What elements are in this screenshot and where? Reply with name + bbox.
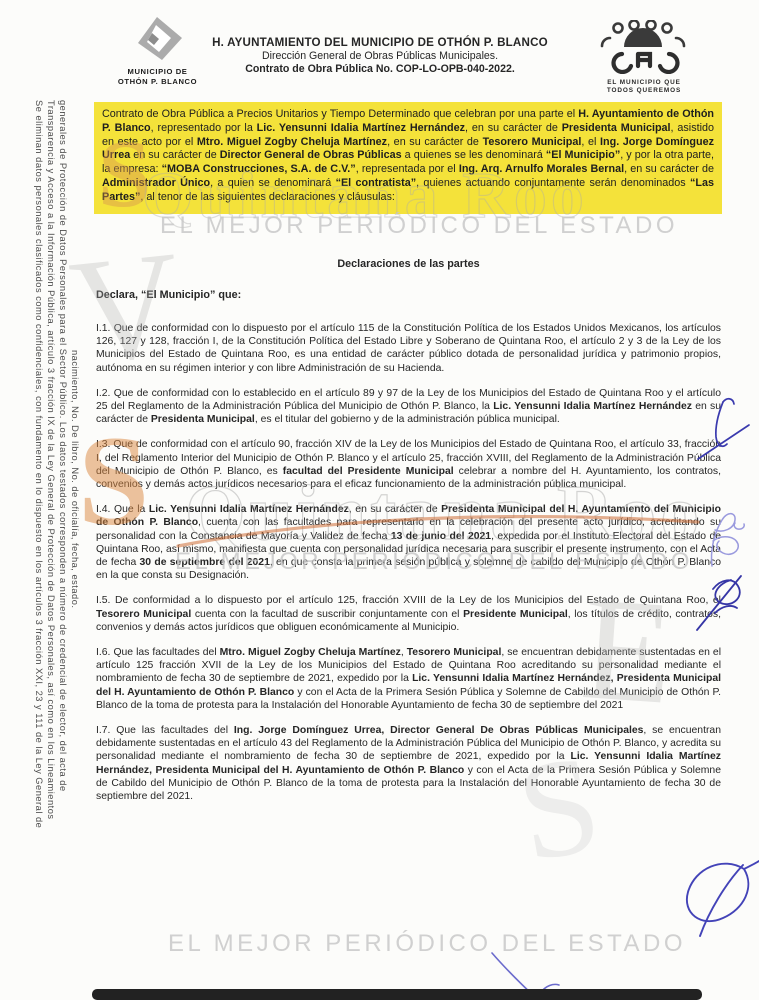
text-segment: , en su carácter de	[465, 122, 562, 134]
declaration-clause: I.5. De conformidad a lo dispuesto por e…	[96, 594, 721, 634]
bold-text-segment: Lic. Yensunni Idalia Martínez Hernández	[493, 401, 692, 412]
bold-text-segment: Ing. Arq. Arnulfo Morales Bernal	[459, 163, 624, 175]
text-segment: , a quien se denominará	[210, 177, 335, 189]
bold-text-segment: 13 de junio del 2021	[391, 531, 491, 542]
text-segment: I.7. Que las facultades del	[96, 725, 234, 736]
text-segment: I.6. Que las facultades del	[96, 647, 220, 658]
text-segment: Contrato de Obra Pública a Precios Unita…	[102, 108, 578, 120]
text-segment: I.1. Que de conformidad con lo dispuesto…	[96, 323, 721, 374]
declaration-clause: I.1. Que de conformidad con lo dispuesto…	[96, 322, 721, 375]
municipality-logo: MUNICIPIO DE OTHÓN P. BLANCO	[100, 16, 215, 86]
declaration-clause: I.7. Que las facultades del Ing. Jorge D…	[96, 724, 721, 803]
text-segment: a quienes se les denominará	[402, 149, 546, 161]
bold-text-segment: Lic. Yensunni Idalia Martínez Hernández	[257, 122, 465, 134]
declaration-clause: I.6. Que las facultades del Mtro. Miguel…	[96, 646, 721, 712]
text-segment: , el	[581, 136, 600, 148]
margin-signature	[687, 861, 759, 936]
bold-text-segment: Administrador Único	[102, 177, 210, 189]
text-segment: , representado por la	[151, 122, 257, 134]
section-heading: Declaraciones de las partes	[96, 258, 721, 270]
text-segment: , representada por el	[356, 163, 459, 175]
text-segment: en su carácter de	[130, 149, 220, 161]
text-segment: I.5. De conformidad a lo dispuesto por e…	[96, 595, 721, 606]
bold-text-segment: Tesorero Municipal	[96, 609, 191, 620]
municipality-crest-icon	[126, 16, 190, 62]
declaration-clauses: I.1. Que de conformidad con lo dispuesto…	[96, 322, 721, 803]
municipality-logo-line1: MUNICIPIO DE	[100, 67, 215, 77]
text-segment: cuenta con la facultad de suscribir conj…	[191, 609, 463, 620]
text-segment: , al tenor de las siguientes declaracion…	[140, 191, 394, 203]
bold-text-segment: Ing. Jorge Domínguez Urrea, Director Gen…	[234, 725, 644, 736]
bold-text-segment: “El Municipio”	[546, 149, 620, 161]
bold-text-segment: “MOBA Construcciones, S.A. de C.V.”	[162, 163, 356, 175]
header-contract-number: Contrato de Obra Pública No. COP-LO-OPB-…	[206, 63, 554, 75]
text-segment: I.4. Que la	[96, 504, 149, 515]
scan-edge-artifact	[92, 989, 702, 1000]
declaration-clause: I.2. Que de conformidad con lo estableci…	[96, 387, 721, 427]
newspaper-watermark-tagline: EL MEJOR PERIÓDICO DEL ESTADO	[168, 930, 686, 958]
newspaper-watermark-tagline: EL MEJOR PERIÓDICO DEL ESTADO	[160, 212, 678, 240]
declaration-clause: I.4. Que la Lic. Yensunni Idalia Martíne…	[96, 503, 721, 582]
bold-text-segment: Tesorero Municipal	[407, 647, 502, 658]
bold-text-segment: Mtro. Miguel Zogby Cheluja Martínez	[197, 136, 387, 148]
declaration-clause: I.3. Que de conformidad con el artículo …	[96, 438, 721, 491]
header-department: Dirección General de Obras Públicas Muni…	[206, 50, 554, 62]
text-segment: , quienes actuando conjuntamente serán d…	[416, 177, 690, 189]
bold-text-segment: Mtro. Miguel Zogby Cheluja Martínez	[220, 647, 401, 658]
text-segment: , en su carácter de	[624, 163, 714, 175]
brand-tagline-line1: EL MUNICIPIO QUE	[578, 79, 710, 87]
text-segment: , es el titular del gobierno y de la adm…	[255, 414, 560, 425]
text-segment: , en su carácter de	[387, 136, 482, 148]
document-body: Declaraciones de las partes Declara, “El…	[96, 258, 721, 815]
declarant-line: Declara, “El Municipio” que:	[96, 289, 721, 301]
municipal-brand-logo: EL MUNICIPIO QUE TODOS QUEREMOS	[578, 20, 710, 95]
scanned-contract-page: MUNICIPIO DE OTHÓN P. BLANCO H. AYUNTAMI…	[0, 0, 759, 1000]
margin-note-line: nacimiento, No. De libro, No. de oficial…	[70, 350, 80, 608]
header-institution: H. AYUNTAMIENTO DEL MUNICIPIO DE OTHÓN P…	[206, 36, 554, 49]
bold-text-segment: Presidenta Municipal	[562, 122, 671, 134]
bold-text-segment: facultad del Presidente Municipal	[283, 466, 454, 477]
bold-text-segment: Lic. Yensunni Idalia Martínez Hernández	[149, 504, 349, 515]
bold-text-segment: Director General de Obras Públicas	[220, 149, 402, 161]
document-header: H. AYUNTAMIENTO DEL MUNICIPIO DE OTHÓN P…	[206, 36, 554, 75]
bold-text-segment: Presidenta Municipal	[151, 414, 255, 425]
brand-tagline-line2: TODOS QUEREMOS	[578, 87, 710, 95]
contract-intro-paragraph: Contrato de Obra Pública a Precios Unita…	[102, 108, 714, 205]
bold-text-segment: Presidente Municipal	[463, 609, 568, 620]
bold-text-segment: 30 de septiembre del 2021	[140, 557, 270, 568]
margin-note-line: generales de Protección de Datos Persona…	[58, 100, 68, 792]
highlighted-contract-intro: Contrato de Obra Pública a Precios Unita…	[94, 102, 722, 214]
margin-note-line: Se eliminan datos personales clasificado…	[34, 100, 44, 828]
bold-text-segment: “El contratista”	[336, 177, 417, 189]
margin-note-line: Transparencia y Acceso a la Información …	[46, 100, 56, 820]
sun-glyph-icon	[588, 20, 700, 74]
bold-text-segment: Tesorero Municipal	[483, 136, 582, 148]
text-segment: , en su carácter de	[349, 504, 441, 515]
municipality-logo-line2: OTHÓN P. BLANCO	[100, 77, 215, 87]
